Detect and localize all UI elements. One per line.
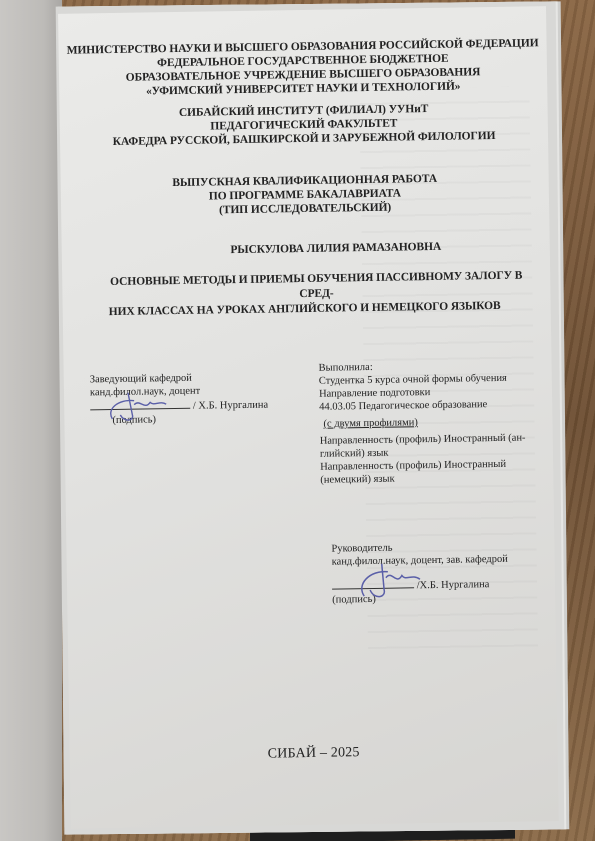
student-info-block: Выполнила: Студентка 5 курса очной формы… [319,358,536,486]
institute-header: СИБАЙСКИЙ ИНСТИТУТ (ФИЛИАЛ) УУНиТ ПЕДАГО… [60,100,549,150]
handwritten-signature-icon [104,388,180,425]
ministry-header: МИНИСТЕРСТВО НАУКИ И ВЫСШЕГО ОБРАЗОВАНИЯ… [59,36,548,100]
binding-left-leaf [0,0,62,841]
supervisor-block: Руководитель канд.филол.наук, доцент, за… [331,539,547,606]
handwritten-signature-icon [354,561,430,602]
head-name: / Х.Б. Нургалина [193,400,268,412]
work-type: ВЫПУСКНАЯ КВАЛИФИКАЦИОННАЯ РАБОТА ПО ПРО… [61,170,550,220]
thesis-topic: ОСНОВНЫЕ МЕТОДЫ И ПРИЕМЫ ОБУЧЕНИЯ ПАССИВ… [62,268,551,321]
title-page: МИНИСТЕРСТВО НАУКИ И ВЫСШЕГО ОБРАЗОВАНИЯ… [58,6,559,829]
city-year: СИБАЙ – 2025 [70,742,558,766]
head-of-department-block: Заведующий кафедрой канд.филол.наук, доц… [90,370,291,427]
